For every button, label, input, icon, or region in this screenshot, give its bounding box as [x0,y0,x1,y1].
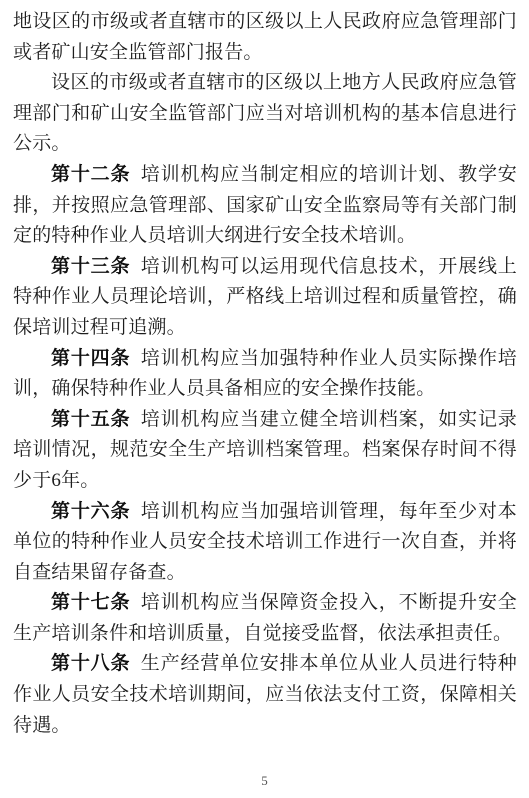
document-body: 地设区的市级或者直辖市的区级以上人民政府应急管理部门或者矿山安全监管部门报告。 … [13,7,517,741]
paragraph: 第十二条培训机构应当制定相应的培训计划、教学安排，并按照应急管理部、国家矿山安全… [13,160,517,252]
paragraph: 地设区的市级或者直辖市的区级以上人民政府应急管理部门或者矿山安全监管部门报告。 [13,7,517,68]
paragraph: 第十三条培训机构可以运用现代信息技术，开展线上特种作业人员理论培训，严格线上培训… [13,252,517,344]
article-number: 第十五条 [51,409,130,430]
document-page: 地设区的市级或者直辖市的区级以上人民政府应急管理部门或者矿山安全监管部门报告。 … [0,0,529,798]
article-number: 第十六条 [51,501,130,522]
article-number: 第十七条 [51,592,130,613]
paragraph: 第十五条培训机构应当建立健全培训档案，如实记录培训情况，规范安全生产培训档案管理… [13,405,517,497]
article-number: 第十三条 [51,256,130,277]
paragraph: 设区的市级或者直辖市的区级以上地方人民政府应急管理部门和矿山安全监管部门应当对培… [13,68,517,160]
article-number: 第十八条 [51,653,130,674]
paragraph: 第十四条培训机构应当加强特种作业人员实际操作培训，确保特种作业人员具备相应的安全… [13,344,517,405]
article-number: 第十四条 [51,348,130,369]
page-number: 5 [0,773,529,789]
paragraph-text: 地设区的市级或者直辖市的区级以上人民政府应急管理部门或者矿山安全监管部门报告。 [13,11,517,63]
paragraph-text: 设区的市级或者直辖市的区级以上地方人民政府应急管理部门和矿山安全监管部门应当对培… [13,72,517,154]
paragraph: 第十七条培训机构应当保障资金投入，不断提升安全生产培训条件和培训质量，自觉接受监… [13,588,517,649]
article-number: 第十二条 [51,164,130,185]
paragraph: 第十六条培训机构应当加强培训管理，每年至少对本单位的特种作业人员安全技术培训工作… [13,497,517,589]
paragraph: 第十八条生产经营单位安排本单位从业人员进行特种作业人员安全技术培训期间，应当依法… [13,649,517,741]
